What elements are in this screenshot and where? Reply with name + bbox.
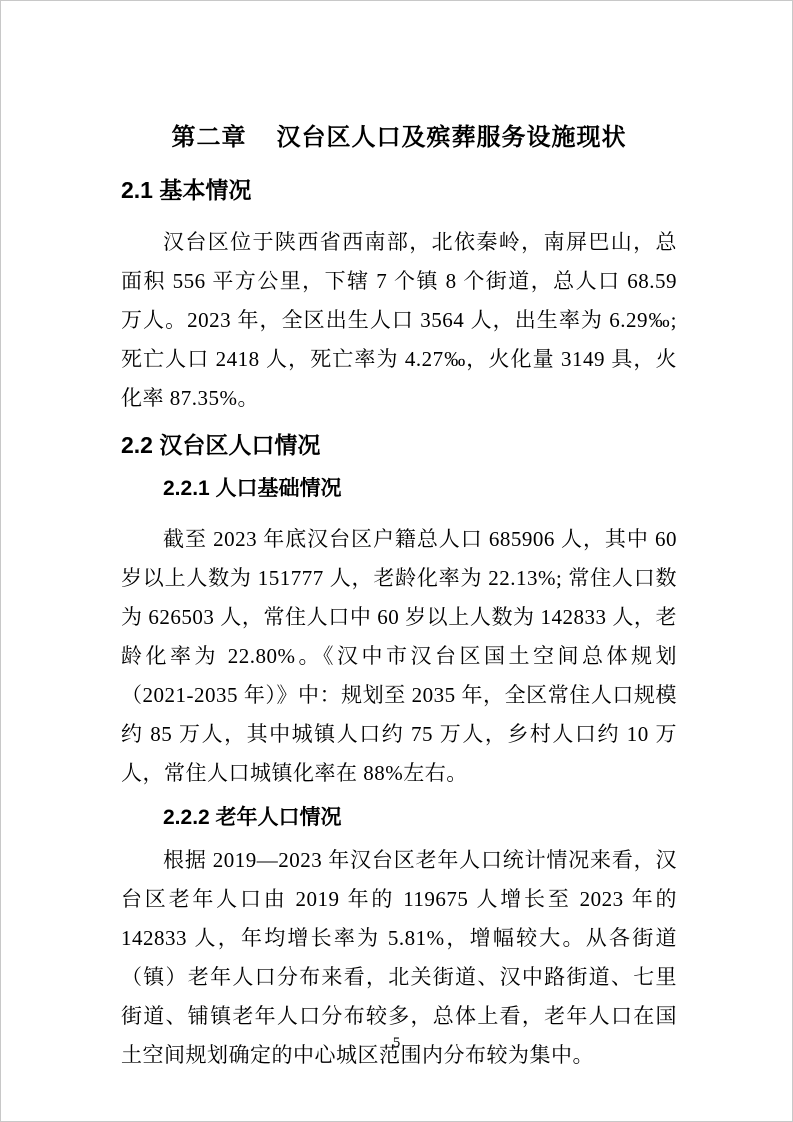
document-content: 第二章汉台区人口及殡葬服务设施现状 2.1 基本情况 汉台区位于陕西省西南部，北… [121, 1, 677, 1075]
chapter-heading: 第二章汉台区人口及殡葬服务设施现状 [121, 121, 677, 155]
page-number: 5 [393, 1035, 401, 1051]
paragraph-basic-info: 汉台区位于陕西省西南部，北依秦岭，南屏巴山，总面积 556 平方公里，下辖 7 … [121, 223, 677, 418]
chapter-title-text: 汉台区人口及殡葬服务设施现状 [277, 124, 627, 151]
chapter-number: 第二章 [172, 124, 247, 151]
paragraph-population-base: 截至 2023 年底汉台区户籍总人口 685906 人，其中 60 岁以上人数为… [121, 520, 677, 793]
subsection-heading-2-2-2: 2.2.2 老年人口情况 [121, 803, 677, 833]
subsection-heading-2-2-1: 2.2.1 人口基础情况 [121, 474, 677, 504]
document-page: 第二章汉台区人口及殡葬服务设施现状 2.1 基本情况 汉台区位于陕西省西南部，北… [0, 0, 793, 1122]
section-heading-2-1: 2.1 基本情况 [121, 175, 677, 205]
page-footer: 5 [1, 1036, 792, 1051]
section-heading-2-2: 2.2 汉台区人口情况 [121, 430, 677, 460]
